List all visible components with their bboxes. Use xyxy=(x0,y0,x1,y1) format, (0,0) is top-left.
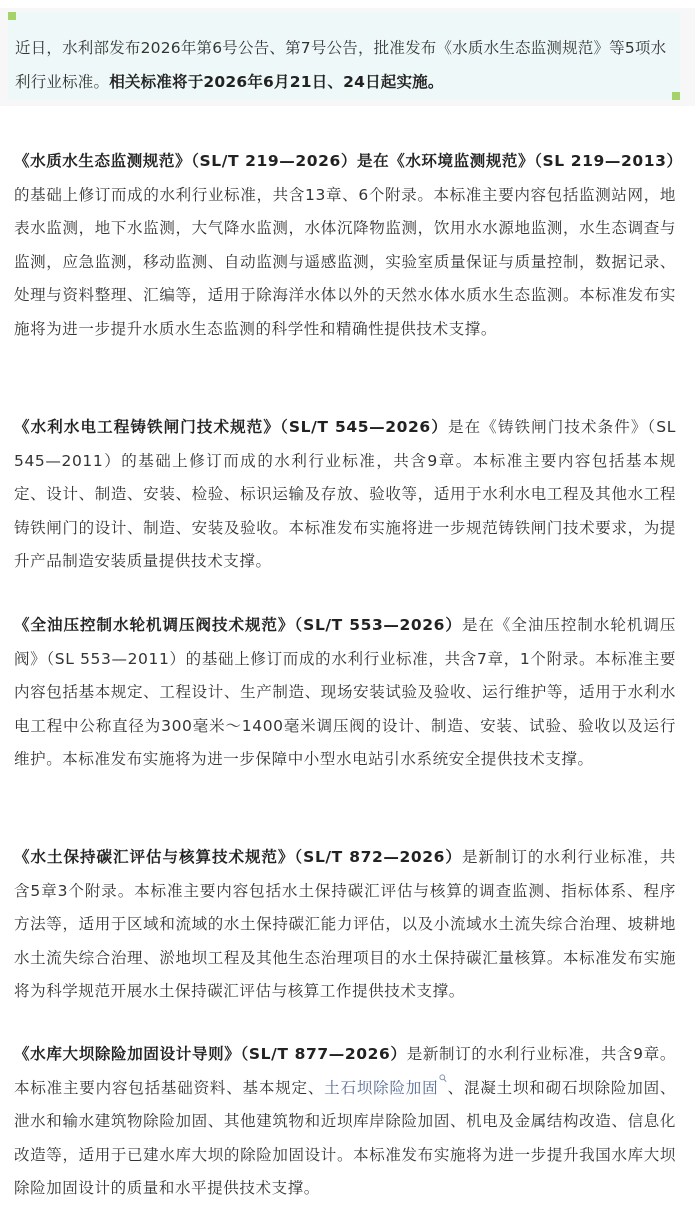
search-icon[interactable] xyxy=(439,1072,447,1086)
standard-title: 《水质水生态监测规范》（SL/T 219—2026）是在《水环境监测规范》（SL… xyxy=(14,152,683,170)
standard-paragraph-sl553: 《全油压控制水轮机调压阀技术规范》（SL/T 553—2026）是在《全油压控制… xyxy=(14,609,676,777)
intro-callout-frame: 近日，水利部发布2026年第6号公告、第7号公告，批准发布《水质水生态监测规范》… xyxy=(0,8,695,106)
standard-body: 的基础上修订而成的水利行业标准，共含13章、6个附录。本标准主要内容包括监测站网… xyxy=(14,186,676,338)
standard-paragraph-sl877: 《水库大坝除险加固设计导则》（SL/T 877—2026）是新制订的水利行业标准… xyxy=(14,1038,676,1206)
search-link-earth-rock-dam[interactable]: 土石坝除险加固 xyxy=(324,1079,447,1097)
standard-title: 《水土保持碳汇评估与核算技术规范》（SL/T 872—2026） xyxy=(14,848,462,866)
standard-body: 是在《全油压控制水轮机调压阀》（SL 553—2011）的基础上修订而成的水利行… xyxy=(14,616,676,768)
intro-text-bold: 相关标准将于2026年6月21日、24日起实施。 xyxy=(109,73,443,91)
standard-paragraph-sl219: 《水质水生态监测规范》（SL/T 219—2026）是在《水环境监测规范》（SL… xyxy=(14,145,676,346)
standard-paragraph-sl545: 《水利水电工程铸铁闸门技术规范》（SL/T 545—2026）是在《铸铁闸门技术… xyxy=(14,411,676,579)
standard-title: 《水库大坝除险加固设计导则》（SL/T 877—2026） xyxy=(14,1045,407,1063)
callout-corner-decoration-top-left xyxy=(8,12,16,20)
intro-text: 近日，水利部发布2026年第6号公告、第7号公告，批准发布《水质水生态监测规范》… xyxy=(15,31,675,99)
standard-title: 《全油压控制水轮机调压阀技术规范》（SL/T 553—2026） xyxy=(14,616,462,634)
standard-paragraph-sl872: 《水土保持碳汇评估与核算技术规范》（SL/T 872—2026）是新制订的水利行… xyxy=(14,841,676,1009)
search-link-text[interactable]: 土石坝除险加固 xyxy=(324,1079,438,1097)
standard-title: 《水利水电工程铸铁闸门技术规范》（SL/T 545—2026） xyxy=(14,418,448,436)
standard-body: 是在《铸铁闸门技术条件》（SL 545—2011）的基础上修订而成的水利行业标准… xyxy=(14,418,676,570)
standard-body: 是新制订的水利行业标准，共含5章3个附录。本标准主要内容包括水土保持碳汇评估与核… xyxy=(14,848,676,1000)
